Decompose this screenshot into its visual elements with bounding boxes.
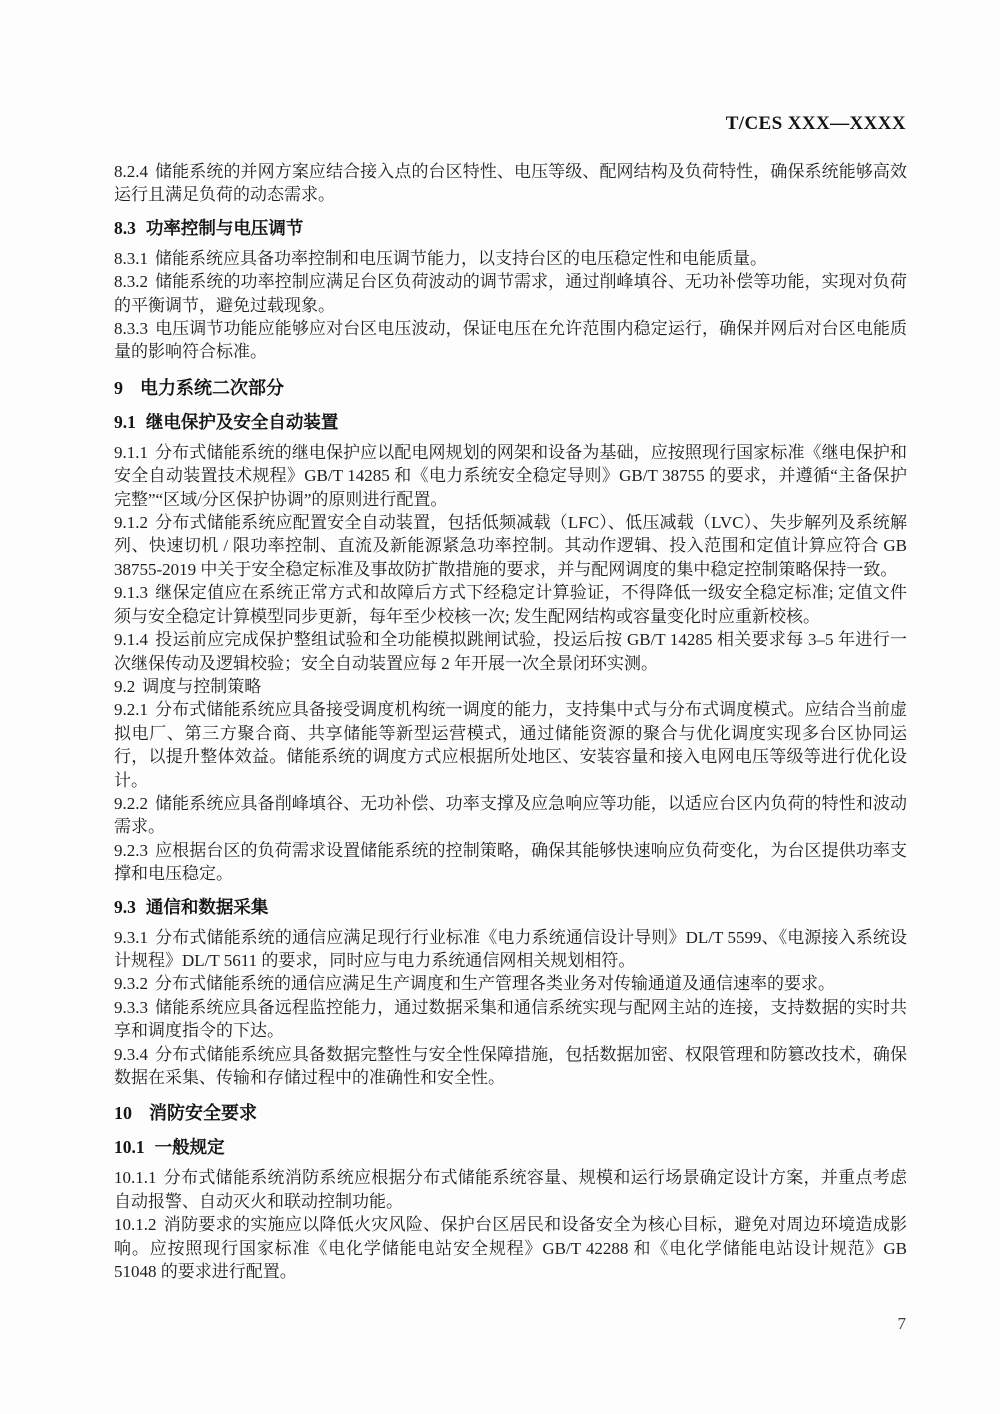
heading-9-3: 9.3通信和数据采集 bbox=[114, 895, 907, 919]
clause-text: 分布式储能系统应具备接受调度机构统一调度的能力，支持集中式与分布式调度模式。应结… bbox=[114, 700, 907, 789]
clause-number: 9.3.3 bbox=[114, 998, 148, 1017]
clause-text: 分布式储能系统应配置安全自动装置，包括低频减载（LFC）、低压减载（LVC）、失… bbox=[114, 513, 907, 579]
document-body: 8.2.4储能系统的并网方案应结合接入点的台区特性、电压等级、配网结构及负荷特性… bbox=[114, 160, 907, 1283]
clause-text: 分布式储能系统消防系统应根据分布式储能系统容量、规模和运行场景确定设计方案，并重… bbox=[114, 1168, 907, 1210]
clause-text: 分布式储能系统的通信应满足现行行业标准《电力系统通信设计导则》DL/T 5599… bbox=[114, 928, 907, 970]
heading-text: 继电保护及安全自动装置 bbox=[146, 412, 339, 432]
heading-text: 电力系统二次部分 bbox=[140, 378, 284, 398]
clause-9-3-2: 9.3.2分布式储能系统的通信应满足生产调度和生产管理各类业务对传输通道及通信速… bbox=[114, 972, 907, 995]
heading-number: 9.3 bbox=[114, 897, 136, 917]
clause-number: 9.3.1 bbox=[114, 928, 148, 947]
clause-text: 调度与控制策略 bbox=[142, 677, 261, 696]
heading-number: 10.1 bbox=[114, 1137, 145, 1157]
heading-10: 10消防安全要求 bbox=[114, 1101, 907, 1126]
clause-8-3-1: 8.3.1储能系统应具备功率控制和电压调节能力，以支持台区的电压稳定性和电能质量… bbox=[114, 247, 907, 270]
clause-number: 10.1.2 bbox=[114, 1215, 157, 1234]
clause-number: 8.3.3 bbox=[114, 319, 148, 338]
clause-9-2: 9.2调度与控制策略 bbox=[114, 675, 907, 698]
clause-8-2-4: 8.2.4储能系统的并网方案应结合接入点的台区特性、电压等级、配网结构及负荷特性… bbox=[114, 160, 907, 207]
clause-text: 消防要求的实施应以降低火灾风险、保护台区居民和设备安全为核心目标，避免对周边环境… bbox=[114, 1215, 907, 1281]
clause-text: 分布式储能系统的通信应满足生产调度和生产管理各类业务对传输通道及通信速率的要求。 bbox=[155, 974, 835, 993]
clause-number: 9.2.1 bbox=[114, 700, 148, 719]
clause-10-1-2: 10.1.2消防要求的实施应以降低火灾风险、保护台区居民和设备安全为核心目标，避… bbox=[114, 1213, 907, 1283]
clause-number: 9.3.4 bbox=[114, 1045, 148, 1064]
heading-9-1: 9.1继电保护及安全自动装置 bbox=[114, 410, 907, 434]
clause-text: 储能系统应具备远程监控能力，通过数据采集和通信系统实现与配网主站的连接，支持数据… bbox=[114, 998, 907, 1040]
clause-9-1-3: 9.1.3继保定值应在系统正常方式和故障后方式下经稳定计算验证，不得降低一级安全… bbox=[114, 581, 907, 628]
clause-number: 9.1.4 bbox=[114, 630, 148, 649]
clause-text: 分布式储能系统的继电保护应以配电网规划的网架和设备为基础，应按照现行国家标准《继… bbox=[114, 443, 907, 509]
heading-text: 消防安全要求 bbox=[149, 1103, 257, 1123]
clause-text: 分布式储能系统应具备数据完整性与安全性保障措施，包括数据加密、权限管理和防篡改技… bbox=[114, 1045, 907, 1087]
clause-text: 应根据台区的负荷需求设置储能系统的控制策略，确保其能够快速响应负荷变化，为台区提… bbox=[114, 841, 907, 883]
clause-number: 8.3.1 bbox=[114, 249, 148, 268]
clause-8-3-3: 8.3.3电压调节功能应能够应对台区电压波动，保证电压在允许范围内稳定运行，确保… bbox=[114, 317, 907, 364]
clause-number: 9.3.2 bbox=[114, 974, 148, 993]
heading-text: 通信和数据采集 bbox=[146, 897, 269, 917]
clause-number: 8.2.4 bbox=[114, 162, 148, 181]
heading-text: 功率控制与电压调节 bbox=[146, 218, 304, 238]
clause-text: 储能系统的并网方案应结合接入点的台区特性、电压等级、配网结构及负荷特性，确保系统… bbox=[114, 162, 907, 204]
clause-number: 9.2 bbox=[114, 677, 135, 696]
heading-number: 10 bbox=[114, 1103, 132, 1123]
clause-9-2-3: 9.2.3应根据台区的负荷需求设置储能系统的控制策略，确保其能够快速响应负荷变化… bbox=[114, 839, 907, 886]
clause-8-3-2: 8.3.2储能系统的功率控制应满足台区负荷波动的调节需求，通过削峰填谷、无功补偿… bbox=[114, 270, 907, 317]
heading-number: 9 bbox=[114, 378, 123, 398]
clause-text: 储能系统应具备功率控制和电压调节能力，以支持台区的电压稳定性和电能质量。 bbox=[155, 249, 767, 268]
clause-text: 储能系统应具备削峰填谷、无功补偿、功率支撑及应急响应等功能，以适应台区内负荷的特… bbox=[114, 794, 907, 836]
clause-9-1-4: 9.1.4投运前应完成保护整组试验和全功能模拟跳闸试验，投运后按 GB/T 14… bbox=[114, 628, 907, 675]
clause-9-1-1: 9.1.1分布式储能系统的继电保护应以配电网规划的网架和设备为基础，应按照现行国… bbox=[114, 441, 907, 511]
clause-9-3-1: 9.3.1分布式储能系统的通信应满足现行行业标准《电力系统通信设计导则》DL/T… bbox=[114, 926, 907, 973]
heading-number: 9.1 bbox=[114, 412, 136, 432]
clause-9-2-1: 9.2.1分布式储能系统应具备接受调度机构统一调度的能力，支持集中式与分布式调度… bbox=[114, 698, 907, 792]
page-number: 7 bbox=[114, 1314, 906, 1334]
clause-number: 9.2.2 bbox=[114, 794, 148, 813]
heading-10-1: 10.1一般规定 bbox=[114, 1135, 907, 1159]
heading-text: 一般规定 bbox=[155, 1137, 225, 1157]
clause-9-1-2: 9.1.2分布式储能系统应配置安全自动装置，包括低频减载（LFC）、低压减载（L… bbox=[114, 511, 907, 581]
document-page: T/CES XXX—XXXX 8.2.4储能系统的并网方案应结合接入点的台区特性… bbox=[0, 0, 1000, 1414]
clause-number: 8.3.2 bbox=[114, 272, 148, 291]
clause-number: 10.1.1 bbox=[114, 1168, 157, 1187]
clause-text: 储能系统的功率控制应满足台区负荷波动的调节需求，通过削峰填谷、无功补偿等功能，实… bbox=[114, 272, 907, 314]
clause-10-1-1: 10.1.1分布式储能系统消防系统应根据分布式储能系统容量、规模和运行场景确定设… bbox=[114, 1166, 907, 1213]
heading-number: 8.3 bbox=[114, 218, 136, 238]
heading-8-3: 8.3功率控制与电压调节 bbox=[114, 216, 907, 240]
clause-number: 9.1.2 bbox=[114, 513, 148, 532]
clause-text: 继保定值应在系统正常方式和故障后方式下经稳定计算验证，不得降低一级安全稳定标准;… bbox=[114, 583, 907, 625]
clause-text: 电压调节功能应能够应对台区电压波动，保证电压在允许范围内稳定运行，确保并网后对台… bbox=[114, 319, 907, 361]
clause-number: 9.1.3 bbox=[114, 583, 148, 602]
clause-9-3-3: 9.3.3储能系统应具备远程监控能力，通过数据采集和通信系统实现与配网主站的连接… bbox=[114, 996, 907, 1043]
clause-number: 9.1.1 bbox=[114, 443, 148, 462]
document-header-code: T/CES XXX—XXXX bbox=[114, 113, 906, 135]
clause-9-2-2: 9.2.2储能系统应具备削峰填谷、无功补偿、功率支撑及应急响应等功能，以适应台区… bbox=[114, 792, 907, 839]
clause-number: 9.2.3 bbox=[114, 841, 148, 860]
clause-9-3-4: 9.3.4分布式储能系统应具备数据完整性与安全性保障措施，包括数据加密、权限管理… bbox=[114, 1043, 907, 1090]
heading-9: 9电力系统二次部分 bbox=[114, 376, 907, 401]
clause-text: 投运前应完成保护整组试验和全功能模拟跳闸试验，投运后按 GB/T 14285 相… bbox=[114, 630, 907, 672]
